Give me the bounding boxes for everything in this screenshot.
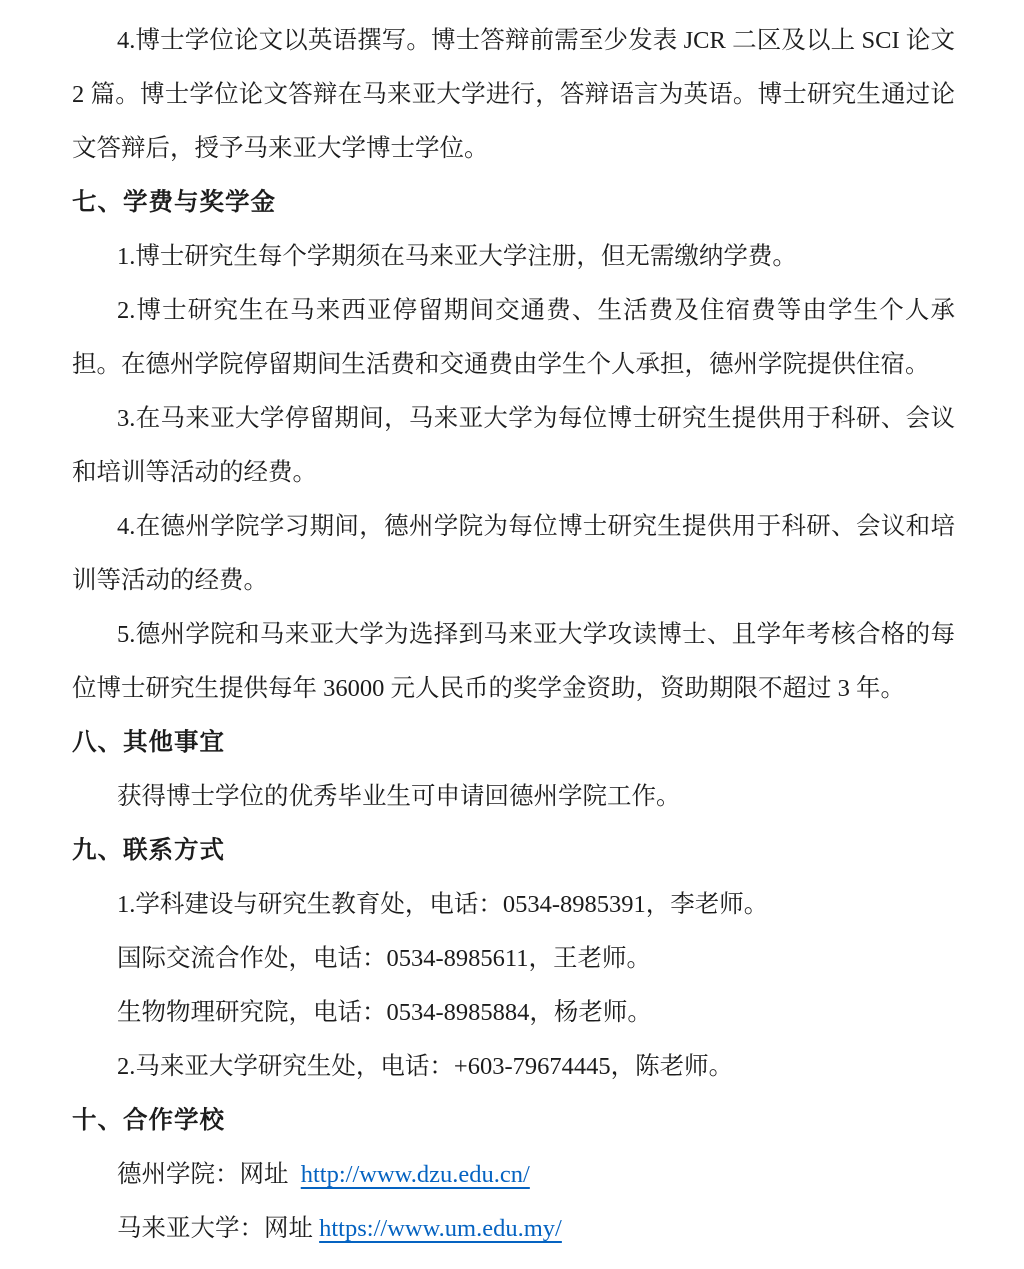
paragraph-contact-biophysics-institute: 生物物理研究院，电话：0534-8985884，杨老师。 bbox=[72, 986, 955, 1040]
section-heading-tuition-scholarship: 七、学费与奖学金 bbox=[72, 176, 955, 230]
dzu-link-prefix: 德州学院：网址 bbox=[117, 1161, 301, 1188]
um-website-link[interactable]: https://www.um.edu.my/ bbox=[319, 1215, 562, 1242]
dzu-website-link[interactable]: http://www.dzu.edu.cn/ bbox=[301, 1161, 530, 1188]
section-heading-partner-schools: 十、合作学校 bbox=[72, 1094, 955, 1148]
partner-line-um: 马来亚大学：网址 https://www.um.edu.my/ bbox=[72, 1202, 955, 1256]
document-page: 4.博士学位论文以英语撰写。博士答辩前需至少发表 JCR 二区及以上 SCI 论… bbox=[0, 0, 1024, 1269]
partner-line-dzu: 德州学院：网址 http://www.dzu.edu.cn/ bbox=[72, 1148, 955, 1202]
paragraph-living-costs: 2.博士研究生在马来西亚停留期间交通费、生活费及住宿费等由学生个人承担。在德州学… bbox=[72, 284, 955, 392]
section-heading-contact: 九、联系方式 bbox=[72, 824, 955, 878]
um-link-prefix: 马来亚大学：网址 bbox=[117, 1215, 319, 1242]
paragraph-scholarship-amount: 5.德州学院和马来亚大学为选择到马来亚大学攻读博士、且学年考核合格的每位博士研究… bbox=[72, 608, 955, 716]
paragraph-contact-um-graduate-office: 2.马来亚大学研究生处，电话：+603-79674445，陈老师。 bbox=[72, 1040, 955, 1094]
paragraph-degree-thesis: 4.博士学位论文以英语撰写。博士答辩前需至少发表 JCR 二区及以上 SCI 论… bbox=[72, 14, 955, 176]
paragraph-dzu-funding: 4.在德州学院学习期间，德州学院为每位博士研究生提供用于科研、会议和培训等活动的… bbox=[72, 500, 955, 608]
paragraph-um-funding: 3.在马来亚大学停留期间，马来亚大学为每位博士研究生提供用于科研、会议和培训等活… bbox=[72, 392, 955, 500]
paragraph-contact-international-office: 国际交流合作处，电话：0534-8985611，王老师。 bbox=[72, 932, 955, 986]
document-content: 4.博士学位论文以英语撰写。博士答辩前需至少发表 JCR 二区及以上 SCI 论… bbox=[0, 0, 1024, 1269]
section-heading-other-matters: 八、其他事宜 bbox=[72, 716, 955, 770]
paragraph-contact-graduate-office: 1.学科建设与研究生教育处，电话：0534-8985391，李老师。 bbox=[72, 878, 955, 932]
paragraph-employment: 获得博士学位的优秀毕业生可申请回德州学院工作。 bbox=[72, 770, 955, 824]
paragraph-registration: 1.博士研究生每个学期须在马来亚大学注册，但无需缴纳学费。 bbox=[72, 230, 955, 284]
